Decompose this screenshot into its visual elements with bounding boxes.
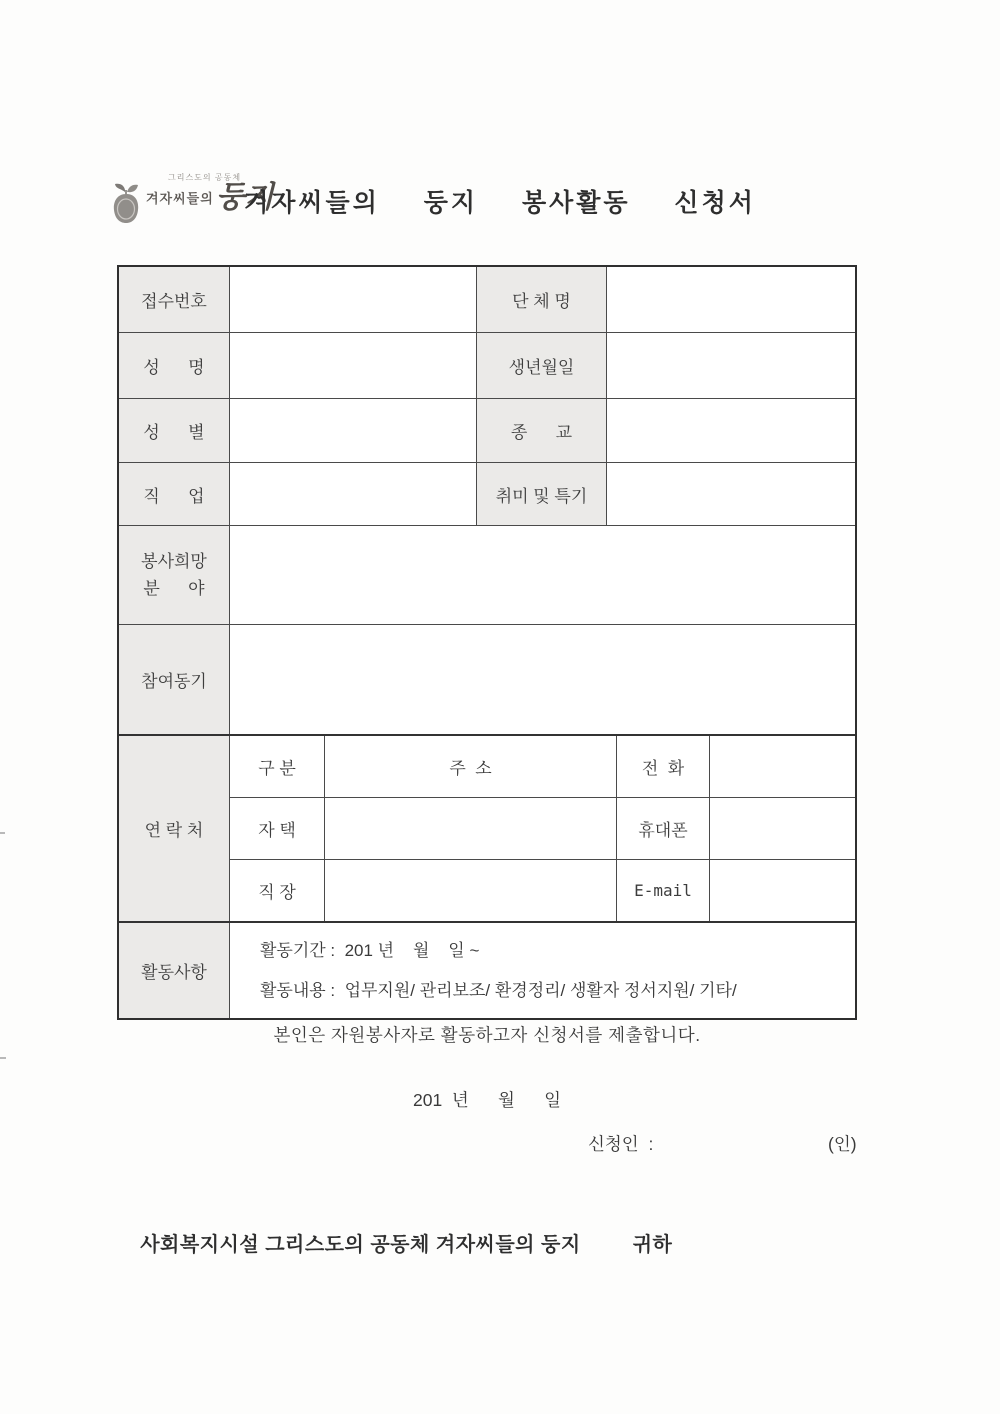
page-title: 겨자씨들의 둥지 봉사활동 신청서	[0, 183, 1000, 219]
desired-field-value-cell	[230, 526, 855, 624]
religion-value-cell	[607, 399, 855, 462]
contact-subtable: 구 분 주 소 전 화 자 택 휴대폰 직 장 E-mail	[230, 736, 855, 921]
table-row: 참여동기	[119, 624, 855, 734]
activity-period-line: 활동기간 : 201 년 월 일 ~	[260, 931, 479, 971]
scan-artifact-mark	[0, 1057, 6, 1059]
applicant-label: 신청인 :	[588, 1131, 653, 1156]
phone-header: 전 화	[617, 736, 710, 797]
volunteer-wish-section: 봉사희망 분 야 참여동기	[119, 525, 855, 734]
hobby-specialty-label: 취미 및 특기	[477, 463, 607, 525]
gender-value-cell	[230, 399, 477, 462]
contact-section: 연 락 처 구 분 주 소 전 화 자 택 휴대폰 직 장 E-	[119, 734, 855, 921]
phone-value-cell	[710, 736, 855, 797]
occupation-label: 직 업	[119, 463, 230, 525]
work-address-value-cell	[325, 860, 617, 921]
table-row: 성 명 생년월일	[119, 332, 855, 398]
hobby-specialty-value-cell	[607, 463, 855, 525]
address-header: 주 소	[325, 736, 617, 797]
activity-label: 활동사항	[119, 923, 230, 1018]
activity-content-line: 활동내용 : 업무지원/ 관리보조/ 환경정리/ 생활자 정서지원/ 기타/	[260, 971, 737, 1011]
table-row: 직 업 취미 및 특기	[119, 462, 855, 525]
desired-field-label: 봉사희망 분 야	[119, 526, 230, 624]
birthdate-value-cell	[607, 333, 855, 398]
organization-address-line: 사회복지시설 그리스도의 공동체 겨자씨들의 둥지귀하	[116, 1205, 672, 1280]
religion-label: 종 교	[477, 399, 607, 462]
activity-section: 활동사항 활동기간 : 201 년 월 일 ~ 활동내용 : 업무지원/ 관리보…	[119, 921, 855, 1018]
contact-label: 연 락 처	[119, 736, 230, 921]
table-row: 성 별 종 교	[119, 398, 855, 462]
mobile-header: 휴대폰	[617, 798, 710, 859]
application-form-table: 접수번호 단 체 명 성 명 생년월일 성 별 종 교 직 업	[117, 265, 857, 1020]
table-row: 자 택 휴대폰	[230, 797, 855, 859]
home-label: 자 택	[230, 798, 325, 859]
table-row: 접수번호 단 체 명	[119, 267, 855, 332]
email-header: E-mail	[617, 860, 710, 921]
email-value-cell	[710, 860, 855, 921]
applicant-line: 신청인 : (인)	[0, 1131, 1000, 1157]
date-line: 201 년 월 일	[413, 1087, 561, 1112]
personal-info-section: 접수번호 단 체 명 성 명 생년월일 성 별 종 교 직 업	[119, 267, 855, 525]
organization-name-label: 단 체 명	[477, 267, 607, 332]
table-row: 봉사희망 분 야	[119, 526, 855, 624]
mobile-value-cell	[710, 798, 855, 859]
gender-label: 성 별	[119, 399, 230, 462]
seal-label: (인)	[828, 1131, 857, 1156]
declaration-text: 본인은 자원봉사자로 활동하고자 신청서를 제출합니다.	[117, 1022, 857, 1047]
organization-name-value-cell	[607, 267, 855, 332]
scan-artifact-mark	[0, 832, 5, 834]
contact-type-header: 구 분	[230, 736, 325, 797]
scanned-volunteer-application-form: 그리스도의 공동체 겨자씨들의 둥지 겨자씨들의 둥지 봉사활동 신청서 접수번…	[0, 0, 1000, 1414]
table-row: 활동사항 활동기간 : 201 년 월 일 ~ 활동내용 : 업무지원/ 관리보…	[119, 923, 855, 1018]
receipt-number-value-cell	[230, 267, 477, 332]
name-label: 성 명	[119, 333, 230, 398]
org-suffix-text: 귀하	[633, 1234, 673, 1256]
motivation-value-cell	[230, 625, 855, 734]
organization-name-text: 사회복지시설 그리스도의 공동체 겨자씨들의 둥지	[140, 1234, 580, 1256]
activity-details-cell: 활동기간 : 201 년 월 일 ~ 활동내용 : 업무지원/ 관리보조/ 환경…	[230, 923, 855, 1018]
name-value-cell	[230, 333, 477, 398]
table-row: 직 장 E-mail	[230, 859, 855, 921]
work-label: 직 장	[230, 860, 325, 921]
receipt-number-label: 접수번호	[119, 267, 230, 332]
motivation-label: 참여동기	[119, 625, 230, 734]
birthdate-label: 생년월일	[477, 333, 607, 398]
table-row: 구 분 주 소 전 화	[230, 736, 855, 797]
occupation-value-cell	[230, 463, 477, 525]
home-address-value-cell	[325, 798, 617, 859]
